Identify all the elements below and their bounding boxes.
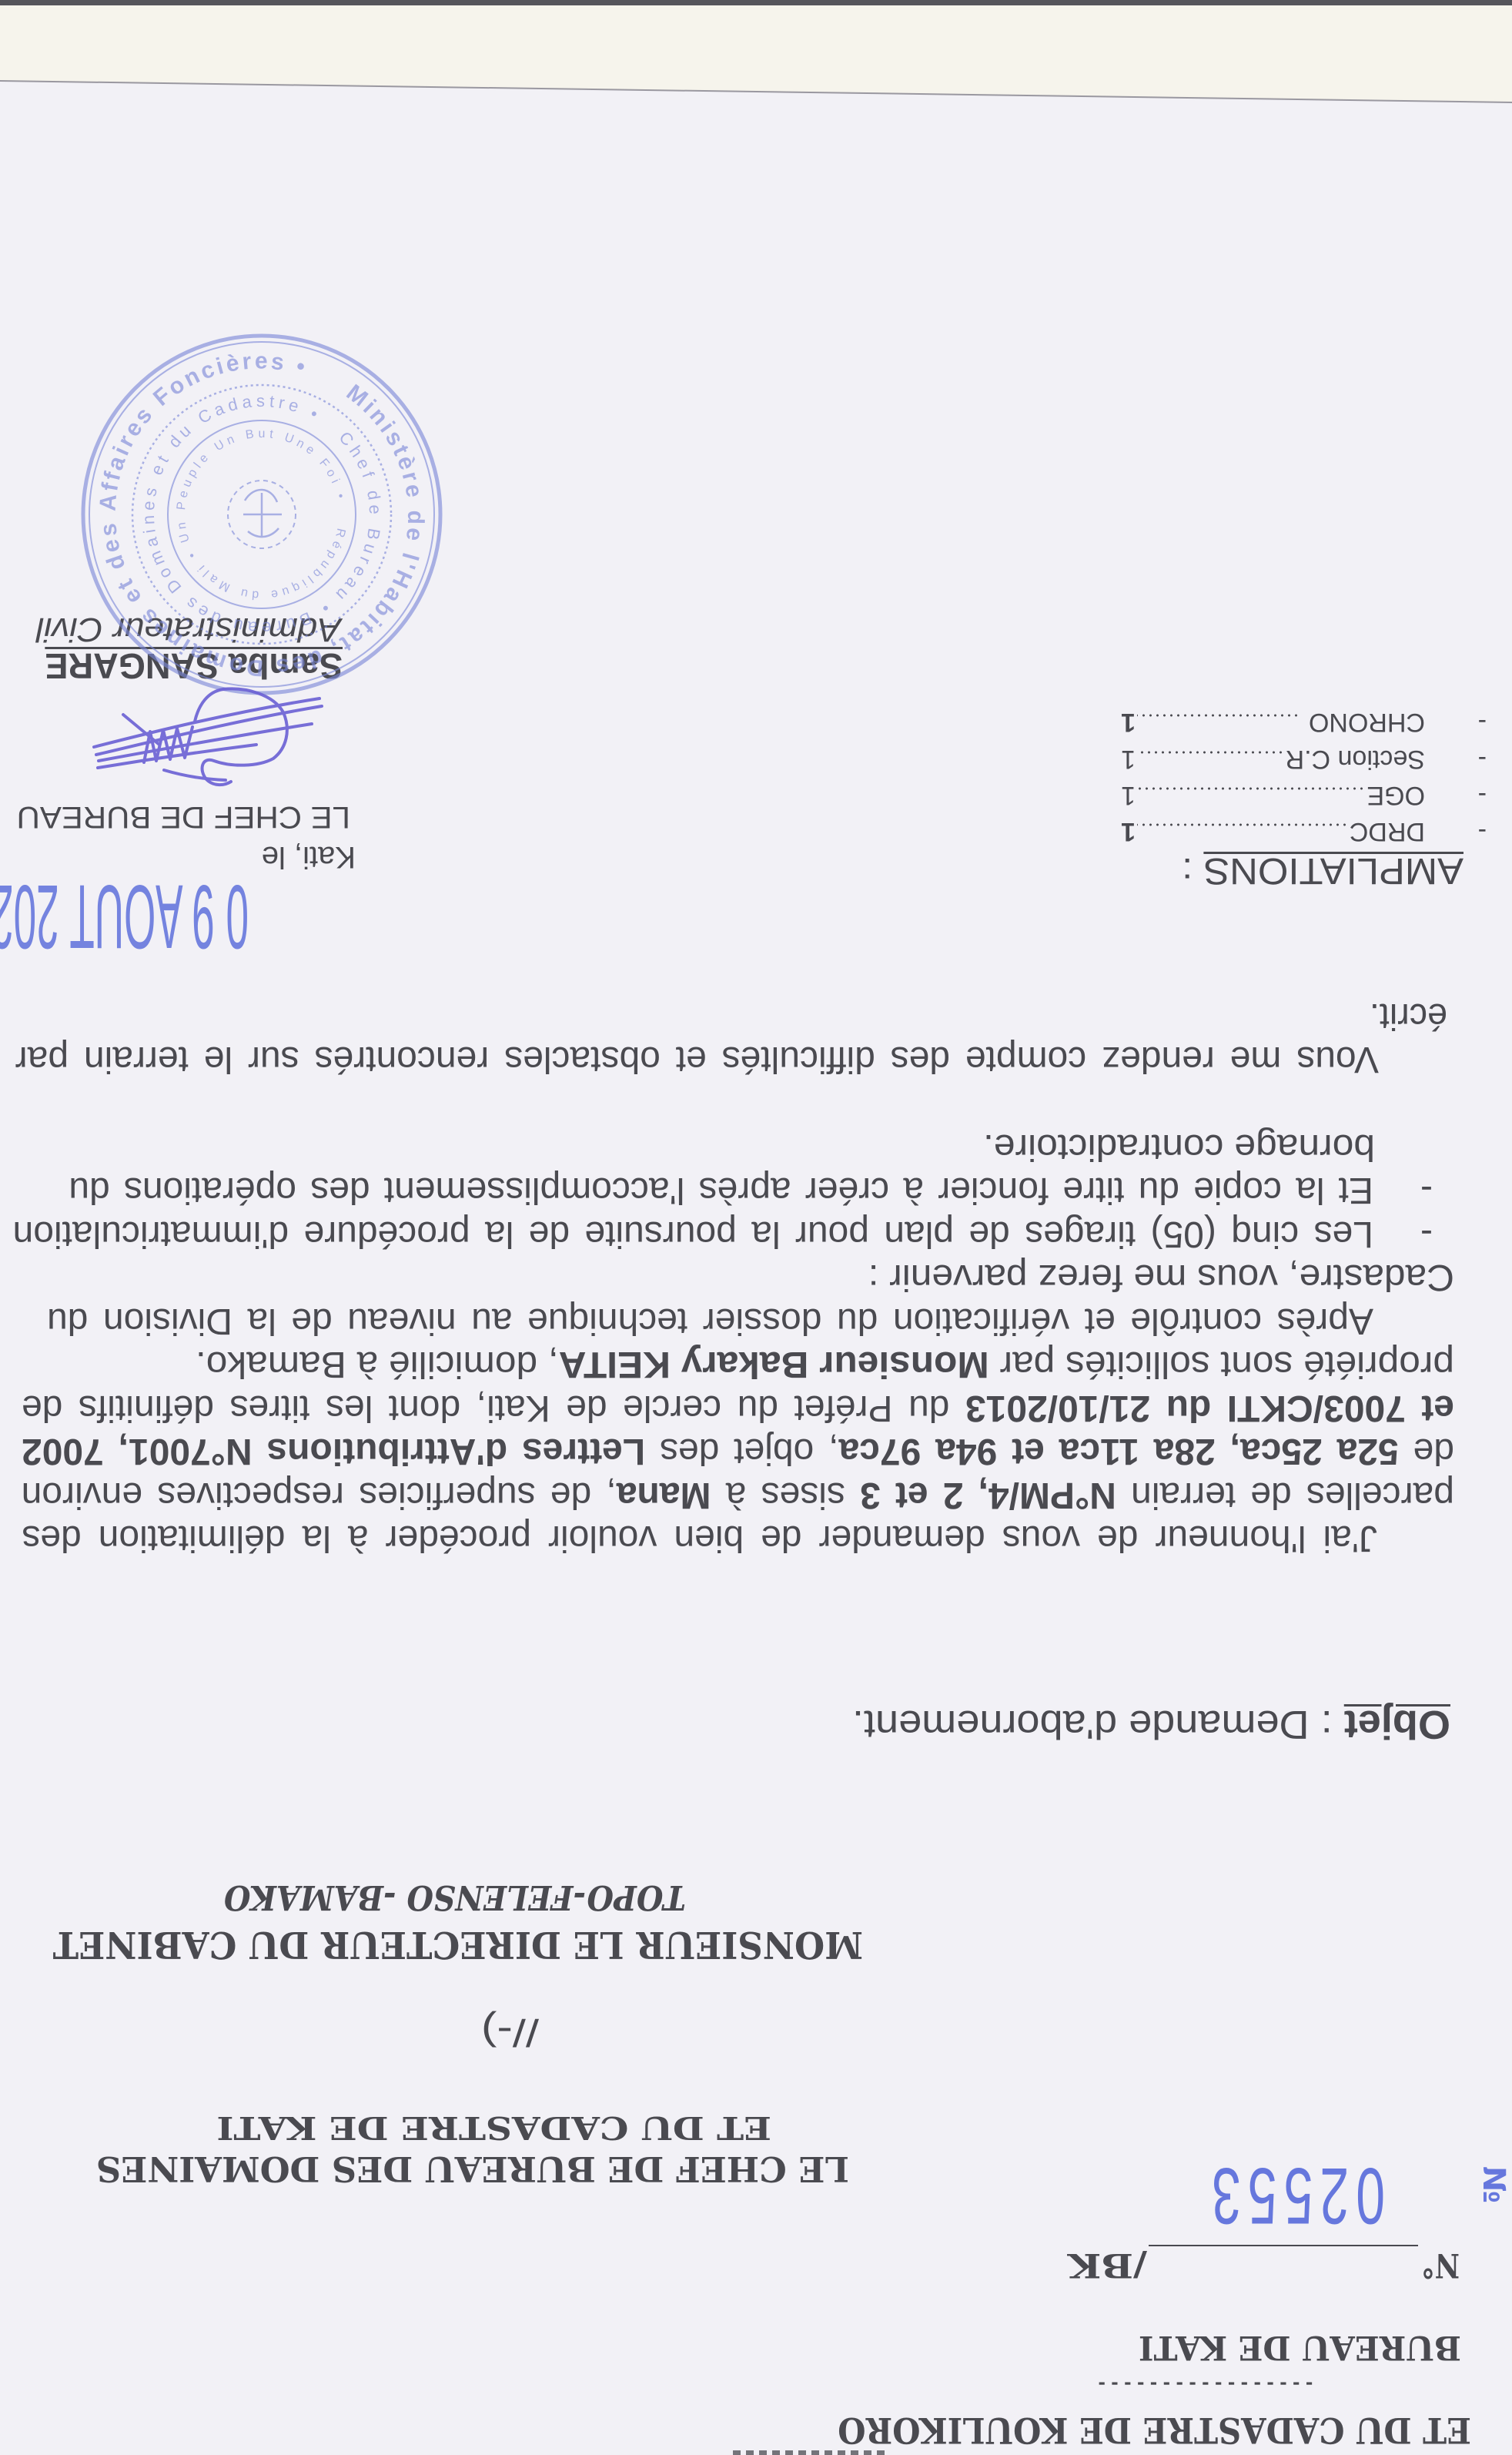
seal-and-signature: Ministère de l'Habitat, des Domaines et … bbox=[0, 0, 1512, 2455]
signature-scribble bbox=[94, 688, 322, 785]
scanned-letter-page: ET DU CADASTRE DE KOULIKORO ------------… bbox=[0, 0, 1512, 2455]
official-seal: Ministère de l'Habitat, des Domaines et … bbox=[83, 336, 440, 693]
